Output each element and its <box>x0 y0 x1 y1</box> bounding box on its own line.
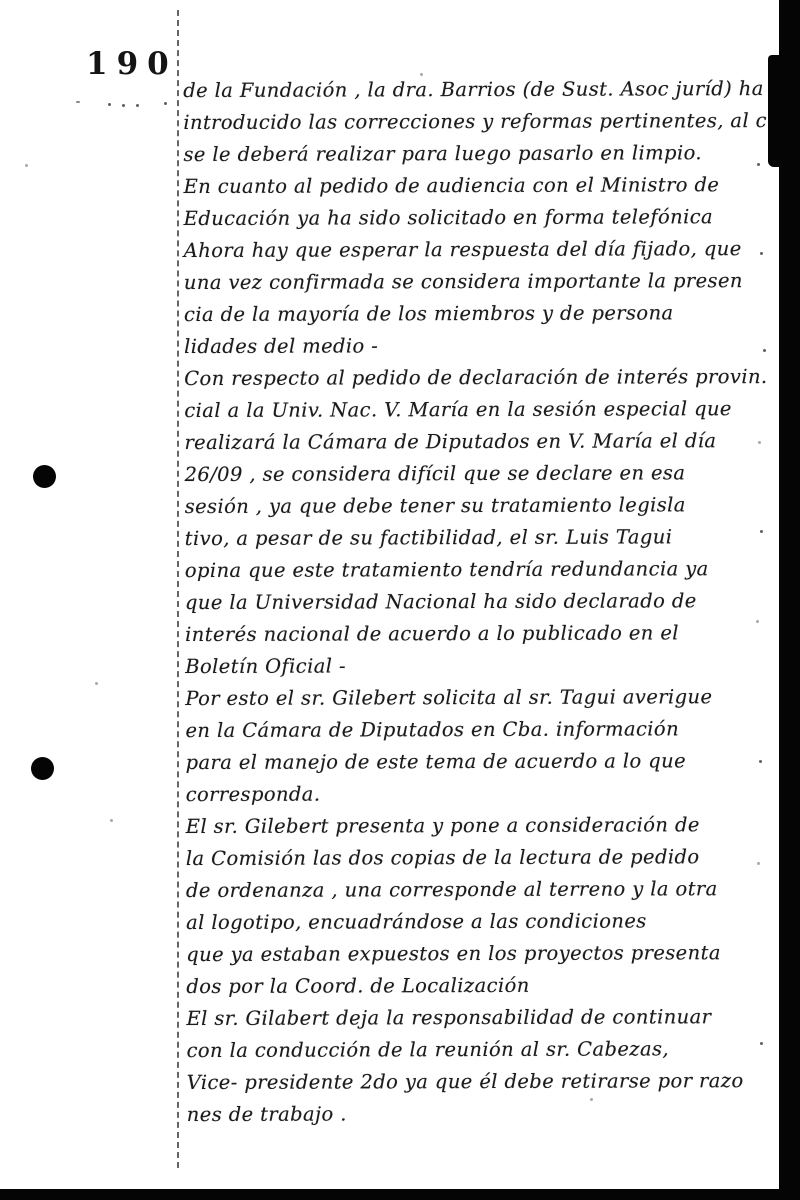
scan-speckle <box>756 620 759 623</box>
manuscript-line: de ordenanza , una corresponde al terren… <box>186 873 778 907</box>
pencil-dash <box>76 101 80 103</box>
manuscript-line: Boletín Oficial - <box>185 649 777 683</box>
scan-speckle <box>760 530 763 533</box>
manuscript-line: una vez confirmada se considera importan… <box>184 265 776 299</box>
manuscript-line: dos por la Coord. de Localización <box>186 969 778 1003</box>
manuscript-line: lidades del medio - <box>184 329 776 363</box>
manuscript-line: El sr. Gilebert presenta y pone a consid… <box>186 809 778 843</box>
hole-punch-bottom <box>31 757 54 780</box>
manuscript-line: en la Cámara de Diputados en Cba. inform… <box>185 713 777 747</box>
manuscript-line: cia de la mayoría de los miembros y de p… <box>184 297 776 331</box>
manuscript-line: Ahora hay que esperar la respuesta del d… <box>184 233 776 267</box>
scan-edge-right <box>779 0 800 1200</box>
scan-speckle <box>759 760 762 763</box>
manuscript-line: Con respecto al pedido de declaración de… <box>184 361 776 395</box>
scan-edge-bottom <box>0 1189 800 1200</box>
manuscript-line: se le deberá realizar para luego pasarlo… <box>183 137 775 171</box>
scan-edge-blob <box>768 55 800 167</box>
manuscript-line: con la conducción de la reunión al sr. C… <box>187 1033 779 1067</box>
scan-speckle <box>25 164 28 167</box>
manuscript-line: corresponda. <box>186 777 778 811</box>
margin-line <box>177 10 179 1168</box>
scan-speckle <box>757 163 760 166</box>
manuscript-line: la Comisión las dos copias de la lectura… <box>186 841 778 875</box>
manuscript-line: 26/09 , se considera difícil que se decl… <box>184 457 776 491</box>
handwritten-text-block: de la Fundación , la dra. Barrios (de Su… <box>183 73 779 1131</box>
scan-speckle <box>757 862 760 865</box>
scan-speckle <box>108 103 111 106</box>
scanned-manuscript-page: 190 de la Fundación , la dra. Barrios (d… <box>0 0 800 1200</box>
manuscript-line: Vice- presidente 2do ya que él debe reti… <box>187 1065 779 1099</box>
manuscript-line: que ya estaban expuestos en los proyecto… <box>186 937 778 971</box>
scan-speckle <box>164 102 167 105</box>
page-number: 190 <box>86 46 178 82</box>
hole-punch-top <box>33 465 56 488</box>
scan-speckle <box>136 104 139 107</box>
manuscript-line: de la Fundación , la dra. Barrios (de Su… <box>183 73 775 107</box>
manuscript-line: Educación ya ha sido solicitado en forma… <box>184 201 776 235</box>
manuscript-line: En cuanto al pedido de audiencia con el … <box>183 169 775 203</box>
manuscript-line: para el manejo de este tema de acuerdo a… <box>186 745 778 779</box>
manuscript-line: opina que este tratamiento tendría redun… <box>185 553 777 587</box>
scan-speckle <box>763 349 766 352</box>
manuscript-line: tivo, a pesar de su factibilidad, el sr.… <box>185 521 777 555</box>
manuscript-line: sesión , ya que debe tener su tratamient… <box>185 489 777 523</box>
manuscript-line: nes de trabajo . <box>187 1097 779 1131</box>
scan-speckle <box>95 682 98 685</box>
scan-speckle <box>590 1098 593 1101</box>
scan-speckle <box>760 252 763 255</box>
manuscript-line: Por esto el sr. Gilebert solicita al sr.… <box>185 681 777 715</box>
manuscript-line: al logotipo, encuadrándose a las condici… <box>186 905 778 939</box>
scan-speckle <box>122 104 125 107</box>
scan-speckle <box>420 73 423 76</box>
manuscript-line: cial a la Univ. Nac. V. María en la sesi… <box>184 393 776 427</box>
manuscript-line: realizará la Cámara de Diputados en V. M… <box>184 425 776 459</box>
scan-speckle <box>110 819 113 822</box>
manuscript-line: que la Universidad Nacional ha sido decl… <box>185 585 777 619</box>
manuscript-line: El sr. Gilabert deja la responsabilidad … <box>186 1001 778 1035</box>
manuscript-line: introducido las correcciones y reformas … <box>183 105 775 139</box>
manuscript-line: interés nacional de acuerdo a lo publica… <box>185 617 777 651</box>
scan-speckle <box>760 1042 763 1045</box>
scan-speckle <box>758 441 761 444</box>
